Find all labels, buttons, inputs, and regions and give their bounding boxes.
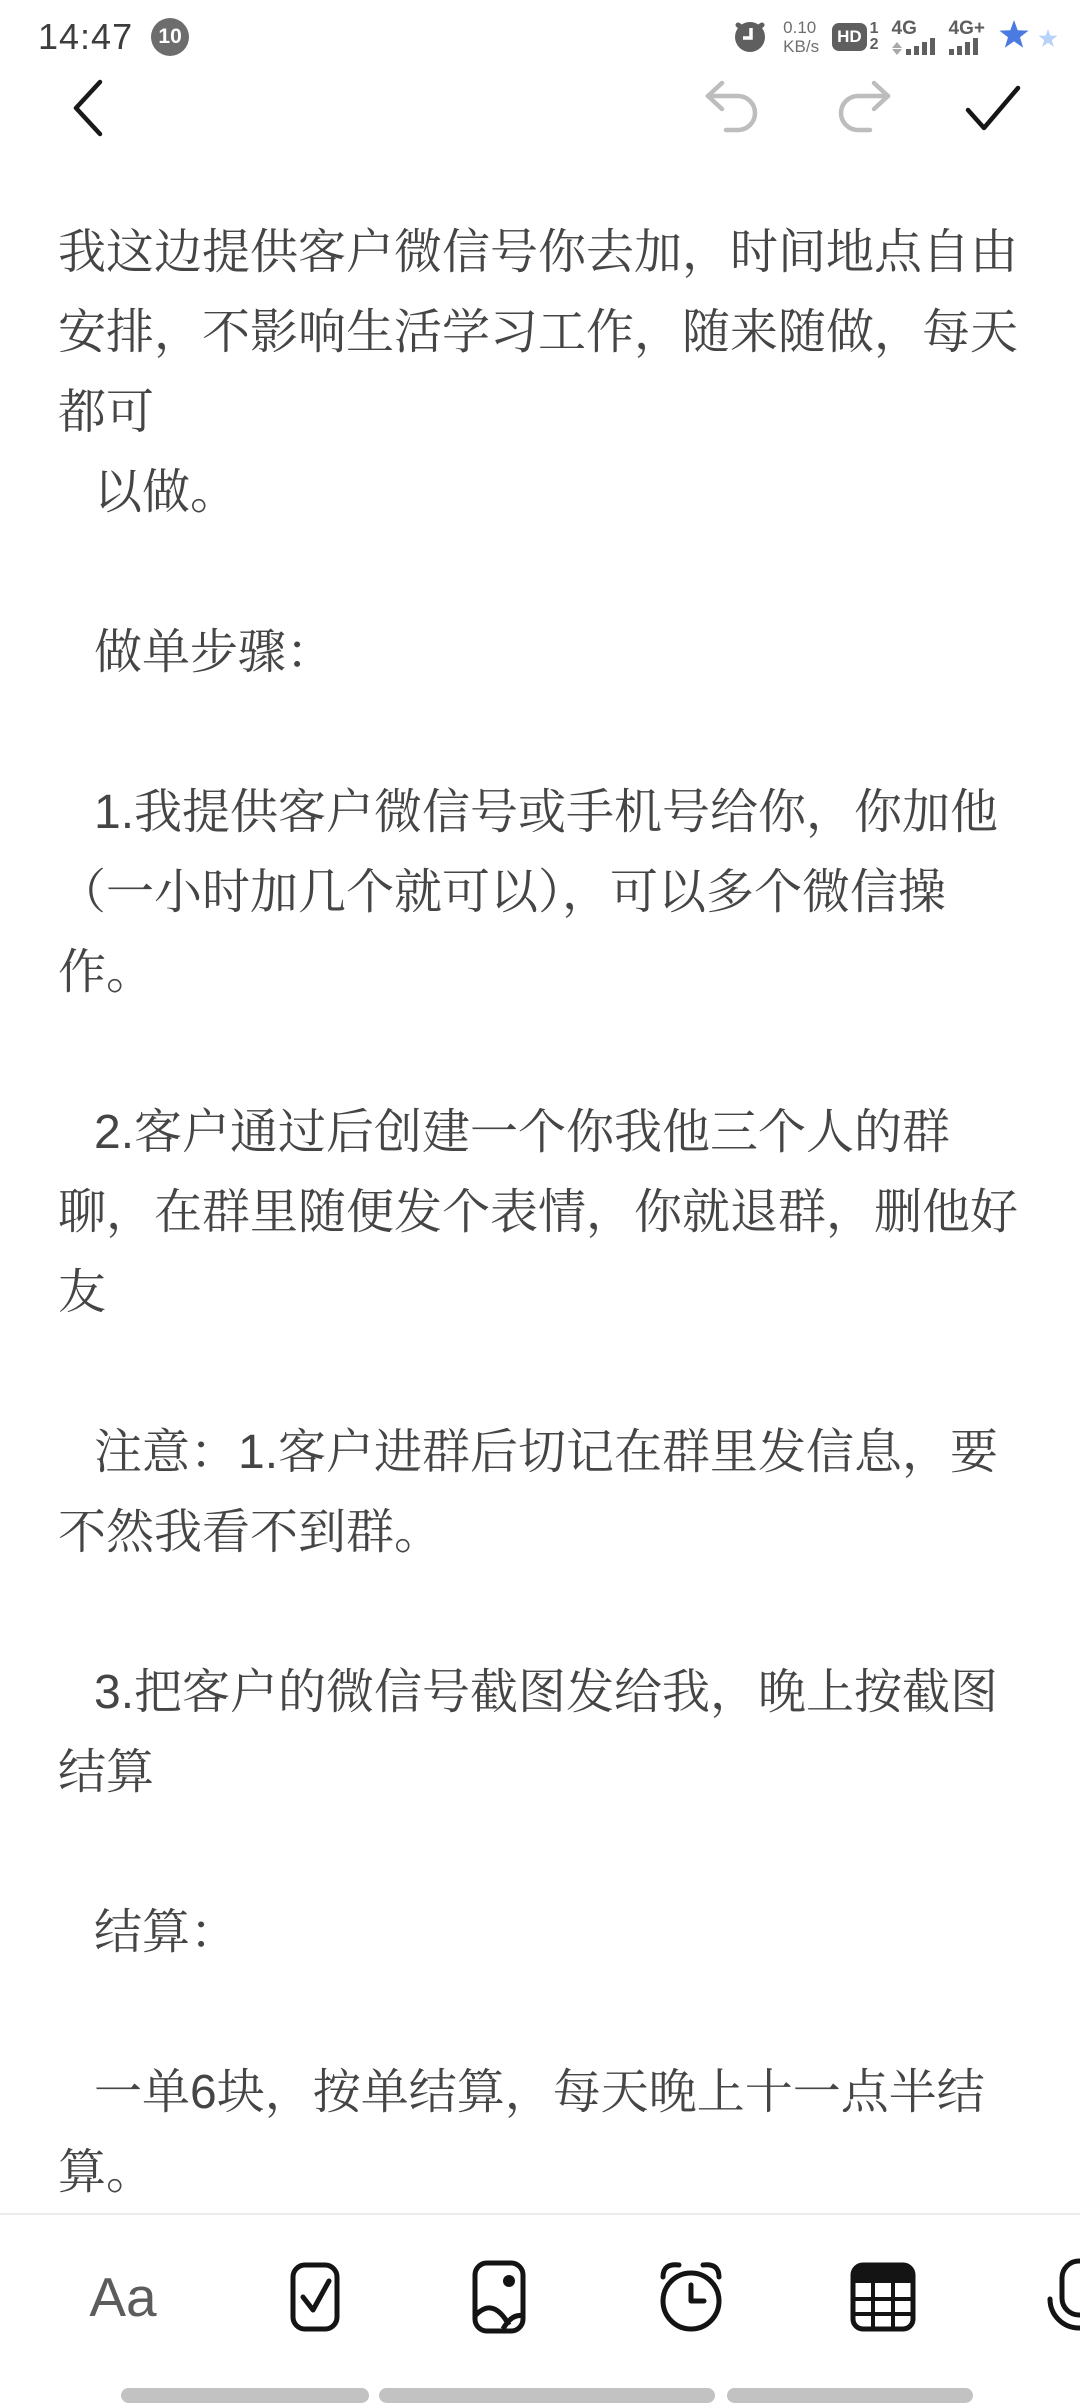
bottom-handle-bar <box>379 2388 715 2403</box>
redo-button[interactable] <box>830 75 896 141</box>
note-line: 结算 <box>58 1733 1050 1813</box>
note-line: 作。 <box>58 933 1050 1013</box>
note-line: 不然我看不到群。 <box>58 1493 1050 1573</box>
status-bar-left: 14:47 10 <box>38 16 189 58</box>
insert-table-icon <box>841 2255 925 2339</box>
note-line: 2.客户通过后创建一个你我他三个人的群 <box>58 1093 1050 1173</box>
note-line: 1.我提供客户微信号或手机号给你，你加他 <box>58 773 1050 853</box>
network-speed-value: 0.10 <box>783 18 819 37</box>
text-format-icon: Aa <box>89 2265 156 2329</box>
note-line <box>58 693 1050 773</box>
note-editor-screen: 14:47 10 0.10 KB/s HD 1 2 <box>0 0 1080 2408</box>
undo-icon <box>702 79 764 137</box>
status-bar: 14:47 10 0.10 KB/s HD 1 2 <box>0 0 1080 60</box>
alarm-clock-icon <box>730 15 770 60</box>
net2-label: 4G+ <box>949 20 985 38</box>
insert-image-button[interactable] <box>453 2251 545 2343</box>
note-line <box>58 533 1050 613</box>
data-activity-arrows <box>892 42 902 55</box>
todo-checkbox-icon <box>273 2255 357 2339</box>
note-line: 3.把客户的微信号截图发给我，晚上按截图 <box>58 1653 1050 1733</box>
signal-bars-icon <box>906 38 936 55</box>
back-button[interactable] <box>55 75 121 141</box>
voice-record-icon <box>1034 2255 1080 2339</box>
note-line: （一小时加几个就可以），可以多个微信操 <box>58 853 1050 933</box>
signal-4g-plus: 4G+ <box>949 20 985 55</box>
sim-indicators: 1 2 <box>870 21 879 53</box>
note-line: 一单6块，按单结算，每天晚上十一点半结 <box>58 2053 1050 2133</box>
note-line: 做单步骤： <box>58 613 1050 693</box>
net1-label: 4G <box>892 20 917 38</box>
network-speed: 0.10 KB/s <box>783 18 819 56</box>
signal-4g: 4G <box>892 20 936 55</box>
clock-time: 14:47 <box>38 16 133 58</box>
bottom-handle-bar <box>121 2388 369 2403</box>
editor-toolbar <box>0 60 1080 155</box>
notification-count-badge: 10 <box>151 18 189 56</box>
note-line: 安排，不影响生活学习工作，随来随做，每天 <box>58 293 1050 373</box>
status-bar-right: 0.10 KB/s HD 1 2 4G <box>730 15 1064 60</box>
note-line <box>58 1333 1050 1413</box>
note-content[interactable]: 我这边提供客户微信号你去加，时间地点自由安排，不影响生活学习工作，随来随做，每天… <box>0 155 1080 2213</box>
note-line <box>58 1013 1050 1093</box>
note-line: 以做。 <box>58 453 1050 533</box>
note-line: 结算： <box>58 1893 1050 1973</box>
insert-table-button[interactable] <box>837 2251 929 2343</box>
sim2-label: 2 <box>870 37 879 53</box>
text-format-button[interactable]: Aa <box>77 2251 169 2343</box>
reminder-alarm-icon <box>649 2255 733 2339</box>
confirm-button[interactable] <box>960 75 1026 141</box>
note-line: 都可 <box>58 373 1050 453</box>
note-line: 注意：1.客户进群后切记在群里发信息，要 <box>58 1413 1050 1493</box>
bottom-toolbar: Aa <box>0 2215 1080 2408</box>
redo-icon <box>832 79 894 137</box>
bottom-handle-bar <box>727 2388 973 2403</box>
signal-bars-icon <box>949 38 979 55</box>
note-line: 算。 <box>58 2133 1050 2213</box>
hd-label: HD <box>832 23 867 51</box>
hd-volte-icon: HD 1 2 <box>832 21 878 53</box>
undo-button[interactable] <box>700 75 766 141</box>
note-line: 聊，在群里随便发个表情，你就退群，删他好 <box>58 1173 1050 1253</box>
note-line: 友 <box>58 1253 1050 1333</box>
network-speed-unit: KB/s <box>783 37 819 56</box>
voice-record-button[interactable] <box>1030 2251 1080 2343</box>
note-line <box>58 1973 1050 2053</box>
confirm-check-icon <box>962 80 1024 136</box>
sim1-label: 1 <box>870 21 879 37</box>
insert-image-icon <box>457 2255 541 2339</box>
note-line <box>58 1813 1050 1893</box>
back-icon <box>64 76 112 140</box>
reminder-alarm-button[interactable] <box>645 2251 737 2343</box>
star-battery-icon <box>998 15 1064 60</box>
note-line: 我这边提供客户微信号你去加，时间地点自由 <box>58 213 1050 293</box>
todo-checkbox-button[interactable] <box>269 2251 361 2343</box>
note-line <box>58 1573 1050 1653</box>
